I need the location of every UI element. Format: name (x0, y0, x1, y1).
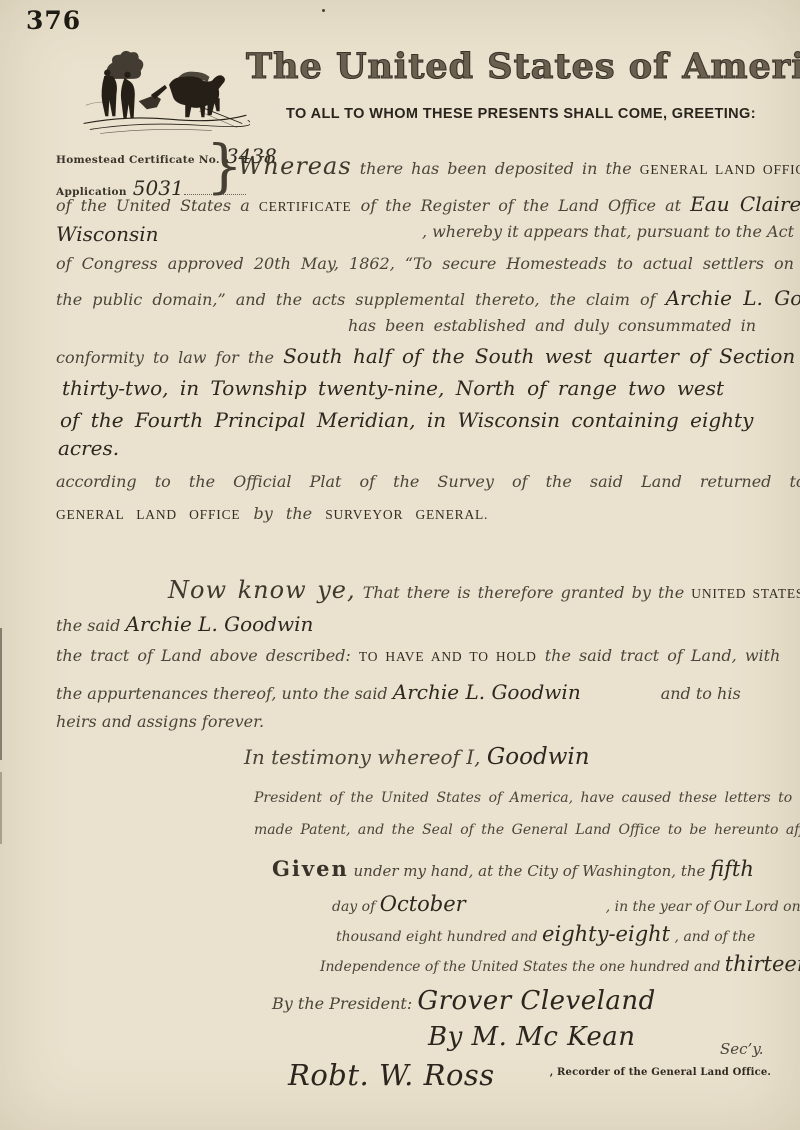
scan-edge-artifact (0, 772, 2, 844)
recorder-title: , Recorder of the General Land Office. (550, 1067, 771, 1078)
whereas-line-7: conformity to law for the South half of … (56, 344, 795, 368)
whereas-line-3: Wisconsin, whereby it appears that, purs… (56, 222, 794, 246)
script-segment: the tract of Land above described: (56, 646, 359, 665)
script-segment: of the United States a (56, 196, 259, 215)
script-segment: In testimony whereof I, (244, 745, 487, 769)
grant-line-2: the said Archie L. Goodwin (56, 612, 313, 636)
secretary-signature: By M. Mc Kean (428, 1022, 636, 1052)
script-segment: thousand eight hundred and (336, 929, 542, 945)
grant-line-5: heirs and assigns forever. (56, 712, 264, 731)
president-signature: Grover Cleveland (417, 986, 656, 1016)
given-line-1: Given under my hand, at the City of Wash… (272, 856, 754, 881)
given-line-3: thousand eight hundred and eighty-eight … (336, 922, 755, 946)
printed-segment: SURVEYOR GENERAL. (325, 507, 488, 522)
handwritten-land-office-city: Eau Claire, (690, 192, 800, 216)
whereas-line-5: the public domain,” and the acts supplem… (56, 286, 794, 310)
now-know-ye-lead: Now know ye, (168, 576, 356, 604)
printed-segment: UNITED STATES (691, 586, 800, 601)
recorder-signature-line: Robt. W. Ross, Recorder of the General L… (288, 1058, 771, 1092)
handwritten-land-description: of the Fourth Principal Meridian, in Wis… (60, 408, 753, 432)
handwritten-name: Goodwin (487, 744, 590, 770)
homestead-certificate-label: Homestead Certificate No. (56, 154, 220, 166)
testimony-line-2: President of the United States of Americ… (254, 790, 800, 806)
given-lead-word: Given (272, 856, 349, 881)
given-line-2: day of October, in the year of Our Lord … (332, 892, 800, 916)
script-segment: That there is therefore granted by the (356, 583, 692, 602)
script-segment: there has been deposited in the (352, 159, 640, 178)
greeting-line: TO ALL TO WHOM THESE PRESENTS SHALL COME… (246, 106, 796, 122)
script-segment: by the (240, 504, 325, 523)
script-segment: conformity to law for the (56, 348, 283, 367)
whereas-lead-word: Whereas (238, 152, 352, 180)
script-segment: day of (332, 899, 380, 915)
grant-line-4: the appurtenances thereof, unto the said… (56, 680, 741, 704)
whereas-line-1: Whereas there has been deposited in the … (238, 152, 790, 180)
handwritten-month: October (380, 892, 466, 916)
secretary-signature-line: By M. Mc Kean (428, 1022, 636, 1052)
handwritten-year: eighty-eight (542, 922, 670, 946)
handwritten-land-description: South half of the South west quarter of … (283, 344, 795, 368)
printed-segment: GENERAL LAND OFFICE (56, 507, 240, 522)
printed-segment: CERTIFICATE (259, 199, 352, 214)
document-title: The United States of America, (246, 46, 796, 87)
whereas-line-6: has been established and duly consummate… (38, 316, 756, 335)
script-segment: , whereby it appears that, pursuant to t… (422, 222, 794, 246)
script-segment: the said (56, 616, 125, 635)
printed-segment: TO HAVE AND TO HOLD (359, 649, 537, 664)
president-signature-line: By the President: Grover Cleveland (272, 986, 656, 1016)
secretary-title: Sec’y. (720, 1040, 764, 1058)
page-number: 376 (26, 6, 81, 35)
settlers-plowing-vignette-icon (80, 44, 250, 138)
handwritten-land-description: thirty-two, in Township twenty-nine, Nor… (62, 376, 724, 400)
handwritten-claimant-name: Archie L. Goodwin (666, 286, 800, 310)
handwritten-day: fifth (710, 857, 754, 881)
whereas-line-2: of the United States a CERTIFICATE of th… (56, 192, 794, 216)
testimony-line-3: made Patent, and the Seal of the General… (254, 822, 800, 838)
script-segment: of the Register of the Land Office at (352, 196, 691, 215)
script-segment: , and of the (670, 929, 755, 945)
script-segment: Independence of the United States the on… (320, 959, 725, 975)
printed-segment: GENERAL LAND OFFICE (640, 162, 800, 177)
given-line-4: Independence of the United States the on… (320, 952, 800, 976)
whereas-line-4: of Congress approved 20th May, 1862, “To… (56, 254, 794, 273)
grant-line-3: the tract of Land above described: TO HA… (56, 646, 780, 665)
script-segment: the public domain,” and the acts supplem… (56, 290, 666, 309)
handwritten-claimant-name: Archie L. Goodwin (393, 680, 581, 704)
handwritten-state: Wisconsin (56, 222, 159, 246)
ink-speck (322, 9, 325, 12)
handwritten-land-description: acres. (58, 436, 119, 460)
by-the-president-label: By the President: (272, 994, 417, 1013)
recorder-signature: Robt. W. Ross (288, 1058, 495, 1092)
land-patent-document: 376 The United States of America, TO ALL (0, 0, 800, 1130)
handwritten-independence-year: thirteenth. (725, 952, 800, 976)
script-segment: under my hand, at the City of Washington… (349, 862, 710, 880)
testimony-line-1: In testimony whereof I, Goodwin (244, 744, 590, 770)
scan-edge-artifact (0, 628, 2, 760)
plat-line-2: GENERAL LAND OFFICE by the SURVEYOR GENE… (56, 504, 488, 523)
grant-line-1: Now know ye, That there is therefore gra… (56, 576, 794, 604)
script-segment: and to his (661, 684, 741, 703)
script-segment: the said tract of Land, with (537, 646, 781, 665)
script-segment: , in the year of Our Lord one (606, 899, 800, 915)
script-segment: the appurtenances thereof, unto the said (56, 684, 393, 703)
plat-line-1: according to the Official Plat of the Su… (56, 472, 794, 491)
handwritten-claimant-name: Archie L. Goodwin (125, 612, 313, 636)
